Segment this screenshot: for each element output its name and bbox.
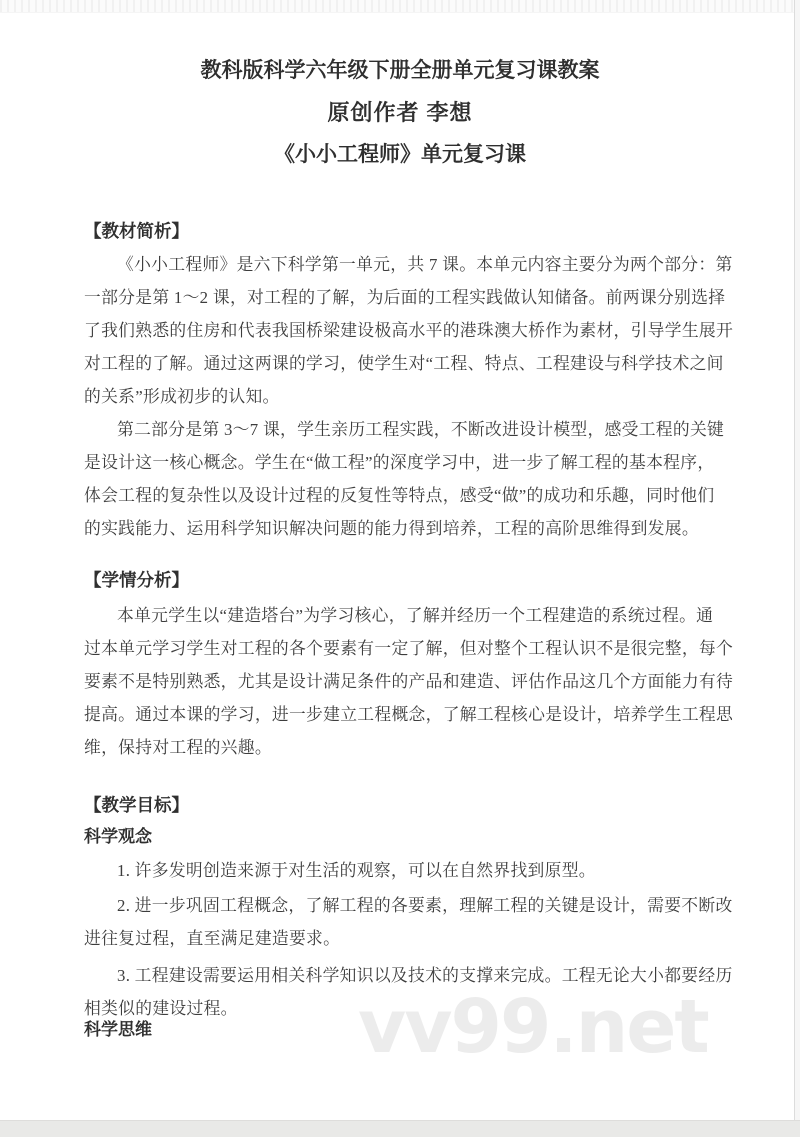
body-line: 对工程的了解。通过这两课的学习，使学生对“工程、特点、工程建设与科学技术之间 bbox=[84, 347, 716, 380]
body-line: 2. 进一步巩固工程概念，了解工程的各要素，理解工程的关键是设计，需要不断改 bbox=[84, 889, 716, 922]
section-header-teaching-goals: 【教学目标】 bbox=[84, 792, 716, 818]
body-line: 本单元学生以“建造塔台”为学习核心，了解并经历一个工程建造的系统过程。通 bbox=[84, 599, 716, 632]
section-header-material-analysis: 【教材简析】 bbox=[84, 218, 716, 244]
body-line: 的关系”形成初步的认知。 bbox=[84, 380, 716, 413]
goal-item-2: 2. 进一步巩固工程概念，了解工程的各要素，理解工程的关键是设计，需要不断改 进… bbox=[84, 889, 716, 955]
author-line: 原创作者 李想 bbox=[0, 92, 800, 134]
body-line: 了我们熟悉的住房和代表我国桥梁建设极高水平的港珠澳大桥作为素材，引导学生展开 bbox=[84, 314, 716, 347]
paragraph-learner: 本单元学生以“建造塔台”为学习核心，了解并经历一个工程建造的系统过程。通 过本单… bbox=[84, 599, 716, 764]
body-line: 的实践能力、运用科学知识解决问题的能力得到培养，工程的高阶思维得到发展。 bbox=[84, 512, 716, 545]
body-line: 维，保持对工程的兴趣。 bbox=[84, 731, 716, 764]
body-line: 《小小工程师》是六下科学第一单元，共 7 课。本单元内容主要分为两个部分：第 bbox=[84, 248, 716, 281]
body-line: 是设计这一核心概念。学生在“做工程”的深度学习中，进一步了解工程的基本程序， bbox=[84, 446, 716, 479]
page-right-edge bbox=[794, 0, 800, 1137]
body-line: 第二部分是第 3～7 课，学生亲历工程实践，不断改进设计模型，感受工程的关键 bbox=[84, 413, 716, 446]
document-page: vv99.net 教科版科学六年级下册全册单元复习课教案 原创作者 李想 《小小… bbox=[0, 0, 800, 1137]
body-line: 体会工程的复杂性以及设计过程的反复性等特点，感受“做”的成功和乐趣，同时他们 bbox=[84, 479, 716, 512]
document-title: 教科版科学六年级下册全册单元复习课教案 bbox=[0, 50, 800, 92]
body-line: 一部分是第 1～2 课，对工程的了解，为后面的工程实践做认知储备。前两课分别选择 bbox=[84, 281, 716, 314]
body-line: 过本单元学习学生对工程的各个要素有一定了解，但对整个工程认识不是很完整，每个 bbox=[84, 632, 716, 665]
body-line: 提高。通过本课的学习，进一步建立工程概念，了解工程核心是设计，培养学生工程思 bbox=[84, 698, 716, 731]
paragraph-material-2: 第二部分是第 3～7 课，学生亲历工程实践，不断改进设计模型，感受工程的关键 是… bbox=[84, 413, 716, 545]
scan-texture-strip bbox=[0, 0, 800, 13]
title-block: 教科版科学六年级下册全册单元复习课教案 原创作者 李想 《小小工程师》单元复习课 bbox=[0, 0, 800, 176]
goal-item-1: 1. 许多发明创造来源于对生活的观察，可以在自然界找到原型。 bbox=[84, 854, 716, 887]
section-header-learner-analysis: 【学情分析】 bbox=[84, 567, 716, 593]
body-line: 要素不是特别熟悉，尤其是设计满足条件的产品和建造、评估作品这几个方面能力有待 bbox=[84, 665, 716, 698]
subheader-science-concepts: 科学观念 bbox=[84, 824, 716, 850]
page-bottom-strip bbox=[0, 1120, 800, 1137]
goal-item-3: 3. 工程建设需要运用相关科学知识以及技术的支撑来完成。工程无论大小都要经历 相… bbox=[84, 959, 716, 1025]
body-line: 进往复过程，直至满足建造要求。 bbox=[84, 922, 716, 955]
body-line: 1. 许多发明创造来源于对生活的观察，可以在自然界找到原型。 bbox=[84, 854, 716, 887]
unit-title: 《小小工程师》单元复习课 bbox=[0, 134, 800, 176]
body-line: 3. 工程建设需要运用相关科学知识以及技术的支撑来完成。工程无论大小都要经历 bbox=[84, 959, 716, 992]
document-body: 【教材简析】 《小小工程师》是六下科学第一单元，共 7 课。本单元内容主要分为两… bbox=[0, 218, 800, 1043]
paragraph-material-1: 《小小工程师》是六下科学第一单元，共 7 课。本单元内容主要分为两个部分：第 一… bbox=[84, 248, 716, 413]
